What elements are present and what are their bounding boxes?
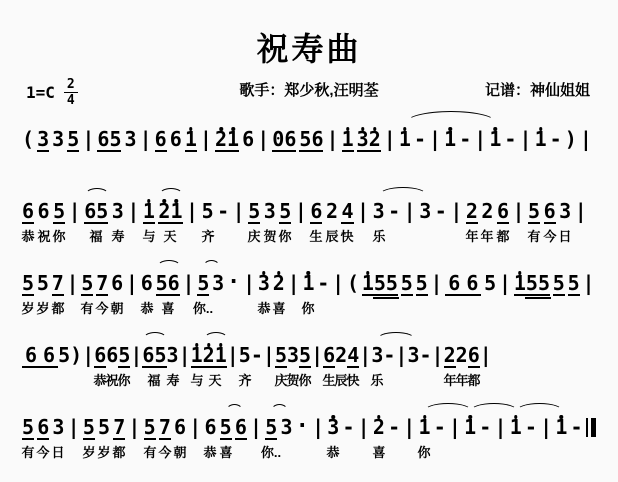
note: 1 <box>464 416 476 438</box>
lyric: 今 <box>36 442 49 461</box>
note: 6 <box>323 344 335 368</box>
lyric: 喜 <box>272 298 285 317</box>
note: 6 <box>22 200 34 224</box>
lyric: 辰 <box>325 226 338 245</box>
barline: | <box>449 416 461 438</box>
barline: | <box>130 344 142 366</box>
note: 3 <box>371 344 383 366</box>
note: 7 <box>96 272 108 296</box>
barline: | <box>68 416 80 438</box>
parenthesis: ) <box>70 344 82 366</box>
dash: - <box>251 344 263 366</box>
lyric: 与 <box>190 370 203 389</box>
note: 1 <box>444 128 456 150</box>
note: 5 <box>144 416 156 440</box>
lyric: 你 <box>117 370 130 389</box>
dash: - <box>388 200 400 222</box>
note: 5 <box>374 272 386 294</box>
beamed-notes: 66 <box>445 272 481 296</box>
note: 5 <box>299 128 311 150</box>
note: 6 <box>204 416 216 438</box>
barline: | <box>450 200 462 222</box>
note: 2 <box>158 200 170 222</box>
note: 6 <box>174 416 186 438</box>
barline: | <box>243 272 255 294</box>
barline: | <box>332 272 344 294</box>
note: 6 <box>84 200 96 222</box>
slur-arc <box>379 187 427 195</box>
slur-arc <box>85 188 109 195</box>
lyric: 寿 <box>111 226 124 245</box>
note: 5 <box>22 416 34 440</box>
note: 6 <box>97 128 109 150</box>
barline: | <box>404 200 416 222</box>
barline: | <box>357 200 369 222</box>
beamed-notes: 21 <box>158 200 182 224</box>
slur-arc <box>203 260 220 267</box>
note: 1 <box>227 128 239 150</box>
note: 6 <box>544 200 556 224</box>
barline: | <box>295 200 307 222</box>
barline: | <box>513 200 525 222</box>
note: 5 <box>248 200 260 224</box>
time-signature-numerator: 2 <box>64 78 78 92</box>
lyric: 你 <box>417 442 430 461</box>
note: 5 <box>386 272 398 294</box>
singers-credit: 歌手：郑少秋,汪明荃 <box>239 79 378 100</box>
dash: - <box>414 128 426 150</box>
note: 5 <box>484 272 496 294</box>
lyric: 有 <box>143 442 156 461</box>
barline: | <box>495 416 507 438</box>
barline: | <box>82 128 94 150</box>
barline: | <box>327 128 339 150</box>
barline: | <box>186 200 198 222</box>
lyric: 恭 <box>140 298 153 317</box>
barline: | <box>384 128 396 150</box>
key-text: 1=C <box>26 83 55 102</box>
lyric: 乐 <box>372 226 385 245</box>
lyric: 日 <box>558 226 571 245</box>
lyric: 齐 <box>238 370 251 389</box>
note: 1 <box>535 128 547 150</box>
slur-arc <box>226 404 243 411</box>
lyric: 年 <box>465 226 478 245</box>
note: 3 <box>37 128 49 152</box>
note: 5 <box>299 344 311 368</box>
beamed-notes: 66 <box>22 344 58 368</box>
note: 3 <box>264 200 276 222</box>
lyric: 你 <box>52 226 65 245</box>
note: 5 <box>239 344 251 366</box>
lyric: 乐 <box>370 370 383 389</box>
note: 6 <box>142 344 154 366</box>
lyric: 岁 <box>36 298 49 317</box>
lyric: 寿 <box>166 370 179 389</box>
lyric: 你 <box>278 226 291 245</box>
note: 3 <box>559 200 571 222</box>
dash: - <box>550 128 562 150</box>
note: 3 <box>287 344 299 366</box>
barline: | <box>257 128 269 150</box>
beamed-notes: 21 <box>215 128 239 152</box>
slur-arc <box>516 403 563 411</box>
beamed-notes: 155 <box>514 272 550 296</box>
note: 5 <box>275 344 287 368</box>
score-line: 563|557|576|656|53·|3-|2-|1-|1-|1-|1-有今日… <box>22 400 618 472</box>
lyric: 都 <box>467 370 480 389</box>
dash: - <box>383 344 395 366</box>
note: 5 <box>22 272 34 296</box>
slur-arc <box>159 188 183 195</box>
barline: | <box>250 416 262 438</box>
note: 1 <box>489 128 501 150</box>
note: 7 <box>159 416 171 440</box>
note: 5 <box>416 272 428 296</box>
note: 6 <box>168 272 180 294</box>
note: 3 <box>327 416 339 438</box>
note: 5 <box>197 272 209 296</box>
note: 6 <box>468 344 480 368</box>
lyric: 你 <box>298 370 311 389</box>
note: 2 <box>326 200 338 222</box>
slur-arc <box>143 332 167 339</box>
note: 2 <box>456 344 468 366</box>
note: 2 <box>444 344 456 368</box>
lyric: 恭 <box>326 442 339 461</box>
lyric: 岁 <box>21 298 34 317</box>
note: 1 <box>399 128 411 150</box>
notes-row: (335|653|661|216|0656|132|1-|1-|1-|1-)| <box>22 128 592 152</box>
note: 5 <box>220 416 232 440</box>
lyric: 你.. <box>261 442 281 461</box>
lyric: 都 <box>112 442 125 461</box>
slur-arc <box>157 260 181 267</box>
note: 3 <box>407 344 419 366</box>
lyric: 都 <box>496 226 509 245</box>
note: 2 <box>481 200 493 222</box>
note: 5 <box>37 272 49 294</box>
slur-arc <box>424 403 472 411</box>
note: 1 <box>143 200 155 224</box>
dash: - <box>217 200 229 222</box>
slur-arc <box>204 332 228 339</box>
note: 5 <box>528 200 540 224</box>
note: 2 <box>215 128 227 150</box>
barline: | <box>474 128 486 150</box>
barline: | <box>480 344 492 366</box>
lyric: 年 <box>480 226 493 245</box>
score-line: 665|653|121|5-|535|624|3-|3-|226|563|恭祝你… <box>22 184 618 256</box>
page-title: 祝寿曲 <box>0 24 618 70</box>
note: 3 <box>373 200 385 222</box>
note: 3 <box>52 416 64 438</box>
dash: - <box>479 416 491 438</box>
note: 3 <box>419 200 431 222</box>
sheet-music-page: 祝寿曲 1=C 2 4 歌手：郑少秋,汪明荃 记谱：神仙姐姐 (335|653|… <box>0 0 618 482</box>
note: 1 <box>302 272 314 294</box>
lyric: 有 <box>21 442 34 461</box>
final-barline <box>586 418 596 437</box>
lyric: 恭 <box>21 226 34 245</box>
note: 6 <box>284 128 296 150</box>
note: 5 <box>83 416 95 440</box>
beamed-notes: 21 <box>203 344 227 368</box>
lyric: 恭 <box>257 298 270 317</box>
note: 2 <box>203 344 215 366</box>
dash: - <box>420 344 432 366</box>
note: 3 <box>167 344 179 366</box>
barline: | <box>126 272 138 294</box>
barline: | <box>288 272 300 294</box>
barline: | <box>395 344 407 366</box>
barline: | <box>580 128 592 150</box>
barline: | <box>182 272 194 294</box>
barline: | <box>263 344 275 366</box>
barline: | <box>189 416 201 438</box>
slur-arc <box>470 403 518 411</box>
note: 6 <box>37 416 49 440</box>
beamed-notes: 56 <box>156 272 180 296</box>
barline: | <box>432 344 444 366</box>
lyric: 喜 <box>219 442 232 461</box>
lyric: 福 <box>89 226 102 245</box>
lyric: 都 <box>51 298 64 317</box>
barline: | <box>429 128 441 150</box>
barline: | <box>128 416 140 438</box>
barline: | <box>499 272 511 294</box>
barline: | <box>540 416 552 438</box>
dash: - <box>525 416 537 438</box>
note: 6 <box>311 128 323 150</box>
barline: | <box>233 200 245 222</box>
lyric: 岁 <box>97 442 110 461</box>
dash: - <box>435 200 447 222</box>
lyric: 生 <box>309 226 322 245</box>
dash: - <box>317 272 329 294</box>
note: 5 <box>526 272 538 294</box>
time-signature-denominator: 4 <box>64 92 78 107</box>
lyric: 有 <box>527 226 540 245</box>
barline: | <box>127 200 139 222</box>
note: 6 <box>235 416 247 440</box>
dash: - <box>342 416 354 438</box>
barline: | <box>358 416 370 438</box>
slur-arc <box>405 111 497 123</box>
time-signature: 2 4 <box>64 78 78 107</box>
note: 6 <box>497 200 509 224</box>
lyric: 有 <box>80 298 93 317</box>
lyric: 贺 <box>263 226 276 245</box>
note: 7 <box>52 272 64 296</box>
barline: | <box>227 344 239 366</box>
note: 3 <box>258 272 270 294</box>
lyric: 与 <box>142 226 155 245</box>
note: 6 <box>170 128 182 150</box>
notator-credit: 记谱：神仙姐姐 <box>485 79 590 100</box>
note: 1 <box>362 272 374 294</box>
note: 5 <box>67 128 79 152</box>
lyric: 恭 <box>203 442 216 461</box>
note: 1 <box>342 128 354 152</box>
note: 6 <box>94 344 106 368</box>
note: 0 <box>272 128 284 150</box>
note: 3 <box>52 128 64 150</box>
note: 6 <box>106 344 118 366</box>
lyric: 朝 <box>110 298 123 317</box>
beamed-notes: 65 <box>142 344 166 368</box>
note: 1 <box>555 416 567 438</box>
beamed-notes: 06 <box>272 128 296 152</box>
note: 1 <box>185 128 197 152</box>
augmentation-dot: · <box>296 416 309 438</box>
slur-arc <box>377 332 415 339</box>
note: 5 <box>279 200 291 224</box>
augmentation-dot: · <box>227 272 240 294</box>
note: 6 <box>43 344 55 366</box>
note: 6 <box>141 272 153 294</box>
note: 6 <box>310 200 322 224</box>
beamed-notes: 65 <box>97 128 121 152</box>
note: 1 <box>191 344 203 368</box>
note: 1 <box>510 416 522 438</box>
note: 5 <box>81 272 93 296</box>
lyric: 齐 <box>201 226 214 245</box>
lyric: 今 <box>95 298 108 317</box>
note: 1 <box>418 416 430 438</box>
note: 5 <box>53 200 65 224</box>
lyric: 喜 <box>372 442 385 461</box>
note: 3 <box>125 128 137 150</box>
beamed-notes: 56 <box>299 128 323 152</box>
note: 5 <box>118 344 130 368</box>
lyric: 朝 <box>173 442 186 461</box>
note: 5 <box>538 272 550 294</box>
key-signature: 1=C 2 4 <box>26 78 78 107</box>
barline: | <box>140 128 152 150</box>
notes-row: 563|557|576|656|53·|3-|2-|1-|1-|1-|1- <box>22 416 596 440</box>
lyric: 今 <box>158 442 171 461</box>
notes-row: 557|576|656|53·|32|1-|(15555|665|15555| <box>22 272 595 296</box>
note: 5 <box>98 416 110 438</box>
lyric: 福 <box>147 370 160 389</box>
barline: | <box>200 128 212 150</box>
note: 5 <box>553 272 565 296</box>
lyric: 今 <box>543 226 556 245</box>
parenthesis: ( <box>347 272 359 294</box>
barline: | <box>582 272 594 294</box>
note: 6 <box>448 272 460 294</box>
score-line: 665)|665|653|121|5-|535|624|3-|3-|226|恭祝… <box>22 328 618 400</box>
beamed-notes: 155 <box>362 272 398 296</box>
lyric: 快 <box>340 226 353 245</box>
note: 5 <box>156 272 168 294</box>
slur-arc <box>271 404 288 411</box>
note: 6 <box>466 272 478 294</box>
note: 5 <box>154 344 166 366</box>
parenthesis: ) <box>565 128 577 150</box>
note: 4 <box>347 344 359 368</box>
dash: - <box>388 416 400 438</box>
dash: - <box>434 416 446 438</box>
note: 4 <box>341 200 353 224</box>
dash: - <box>459 128 471 150</box>
lyric: 祝 <box>37 226 50 245</box>
barline: | <box>575 200 587 222</box>
barline: | <box>82 344 94 366</box>
note: 2 <box>335 344 347 366</box>
note: 6 <box>38 200 50 222</box>
barline: | <box>359 344 371 366</box>
note: 3 <box>357 128 369 150</box>
lyric: 岁 <box>82 442 95 461</box>
note: 3 <box>112 200 124 222</box>
note: 5 <box>568 272 580 296</box>
note: 2 <box>369 128 381 150</box>
note: 6 <box>242 128 254 150</box>
barline: | <box>312 416 324 438</box>
lyric: 你 <box>301 298 314 317</box>
note: 5 <box>58 344 70 366</box>
lyric: 喜 <box>161 298 174 317</box>
barline: | <box>311 344 323 366</box>
note: 2 <box>466 200 478 224</box>
note: 1 <box>170 200 182 222</box>
note: 5 <box>401 272 413 296</box>
note: 5 <box>202 200 214 222</box>
notes-row: 665)|665|653|121|5-|535|624|3-|3-|226| <box>22 344 492 368</box>
note: 6 <box>155 128 167 152</box>
note: 6 <box>111 272 123 294</box>
note: 5 <box>265 416 277 440</box>
note: 6 <box>25 344 37 366</box>
meta-row: 1=C 2 4 歌手：郑少秋,汪明荃 记谱：神仙姐姐 <box>0 74 618 104</box>
note: 1 <box>215 344 227 366</box>
notes-row: 665|653|121|5-|535|624|3-|3-|226|563| <box>22 200 587 224</box>
score-line: 557|576|656|53·|32|1-|(15555|665|15555|岁… <box>22 256 618 328</box>
note: 5 <box>109 128 121 150</box>
note: 2 <box>373 416 385 438</box>
dash: - <box>571 416 583 438</box>
lyric: 天 <box>208 370 221 389</box>
barline: | <box>520 128 532 150</box>
dash: - <box>504 128 516 150</box>
lyric: 庆 <box>247 226 260 245</box>
barline: | <box>179 344 191 366</box>
lyric: 快 <box>346 370 359 389</box>
barline: | <box>67 272 79 294</box>
barline: | <box>403 416 415 438</box>
score: (335|653|661|216|0656|132|1-|1-|1-|1-)|6… <box>22 112 618 472</box>
note: 2 <box>273 272 285 294</box>
lyric: 日 <box>51 442 64 461</box>
note: 1 <box>514 272 526 294</box>
barline: | <box>430 272 442 294</box>
note: 3 <box>212 272 224 294</box>
score-line: (335|653|661|216|0656|132|1-|1-|1-|1-)| <box>22 112 618 184</box>
lyric: 你.. <box>193 298 213 317</box>
beamed-notes: 65 <box>84 200 108 224</box>
note: 3 <box>280 416 292 438</box>
parenthesis: ( <box>22 128 34 150</box>
lyric: 天 <box>163 226 176 245</box>
note: 5 <box>96 200 108 222</box>
beamed-notes: 32 <box>357 128 381 152</box>
note: 7 <box>113 416 125 440</box>
barline: | <box>69 200 81 222</box>
